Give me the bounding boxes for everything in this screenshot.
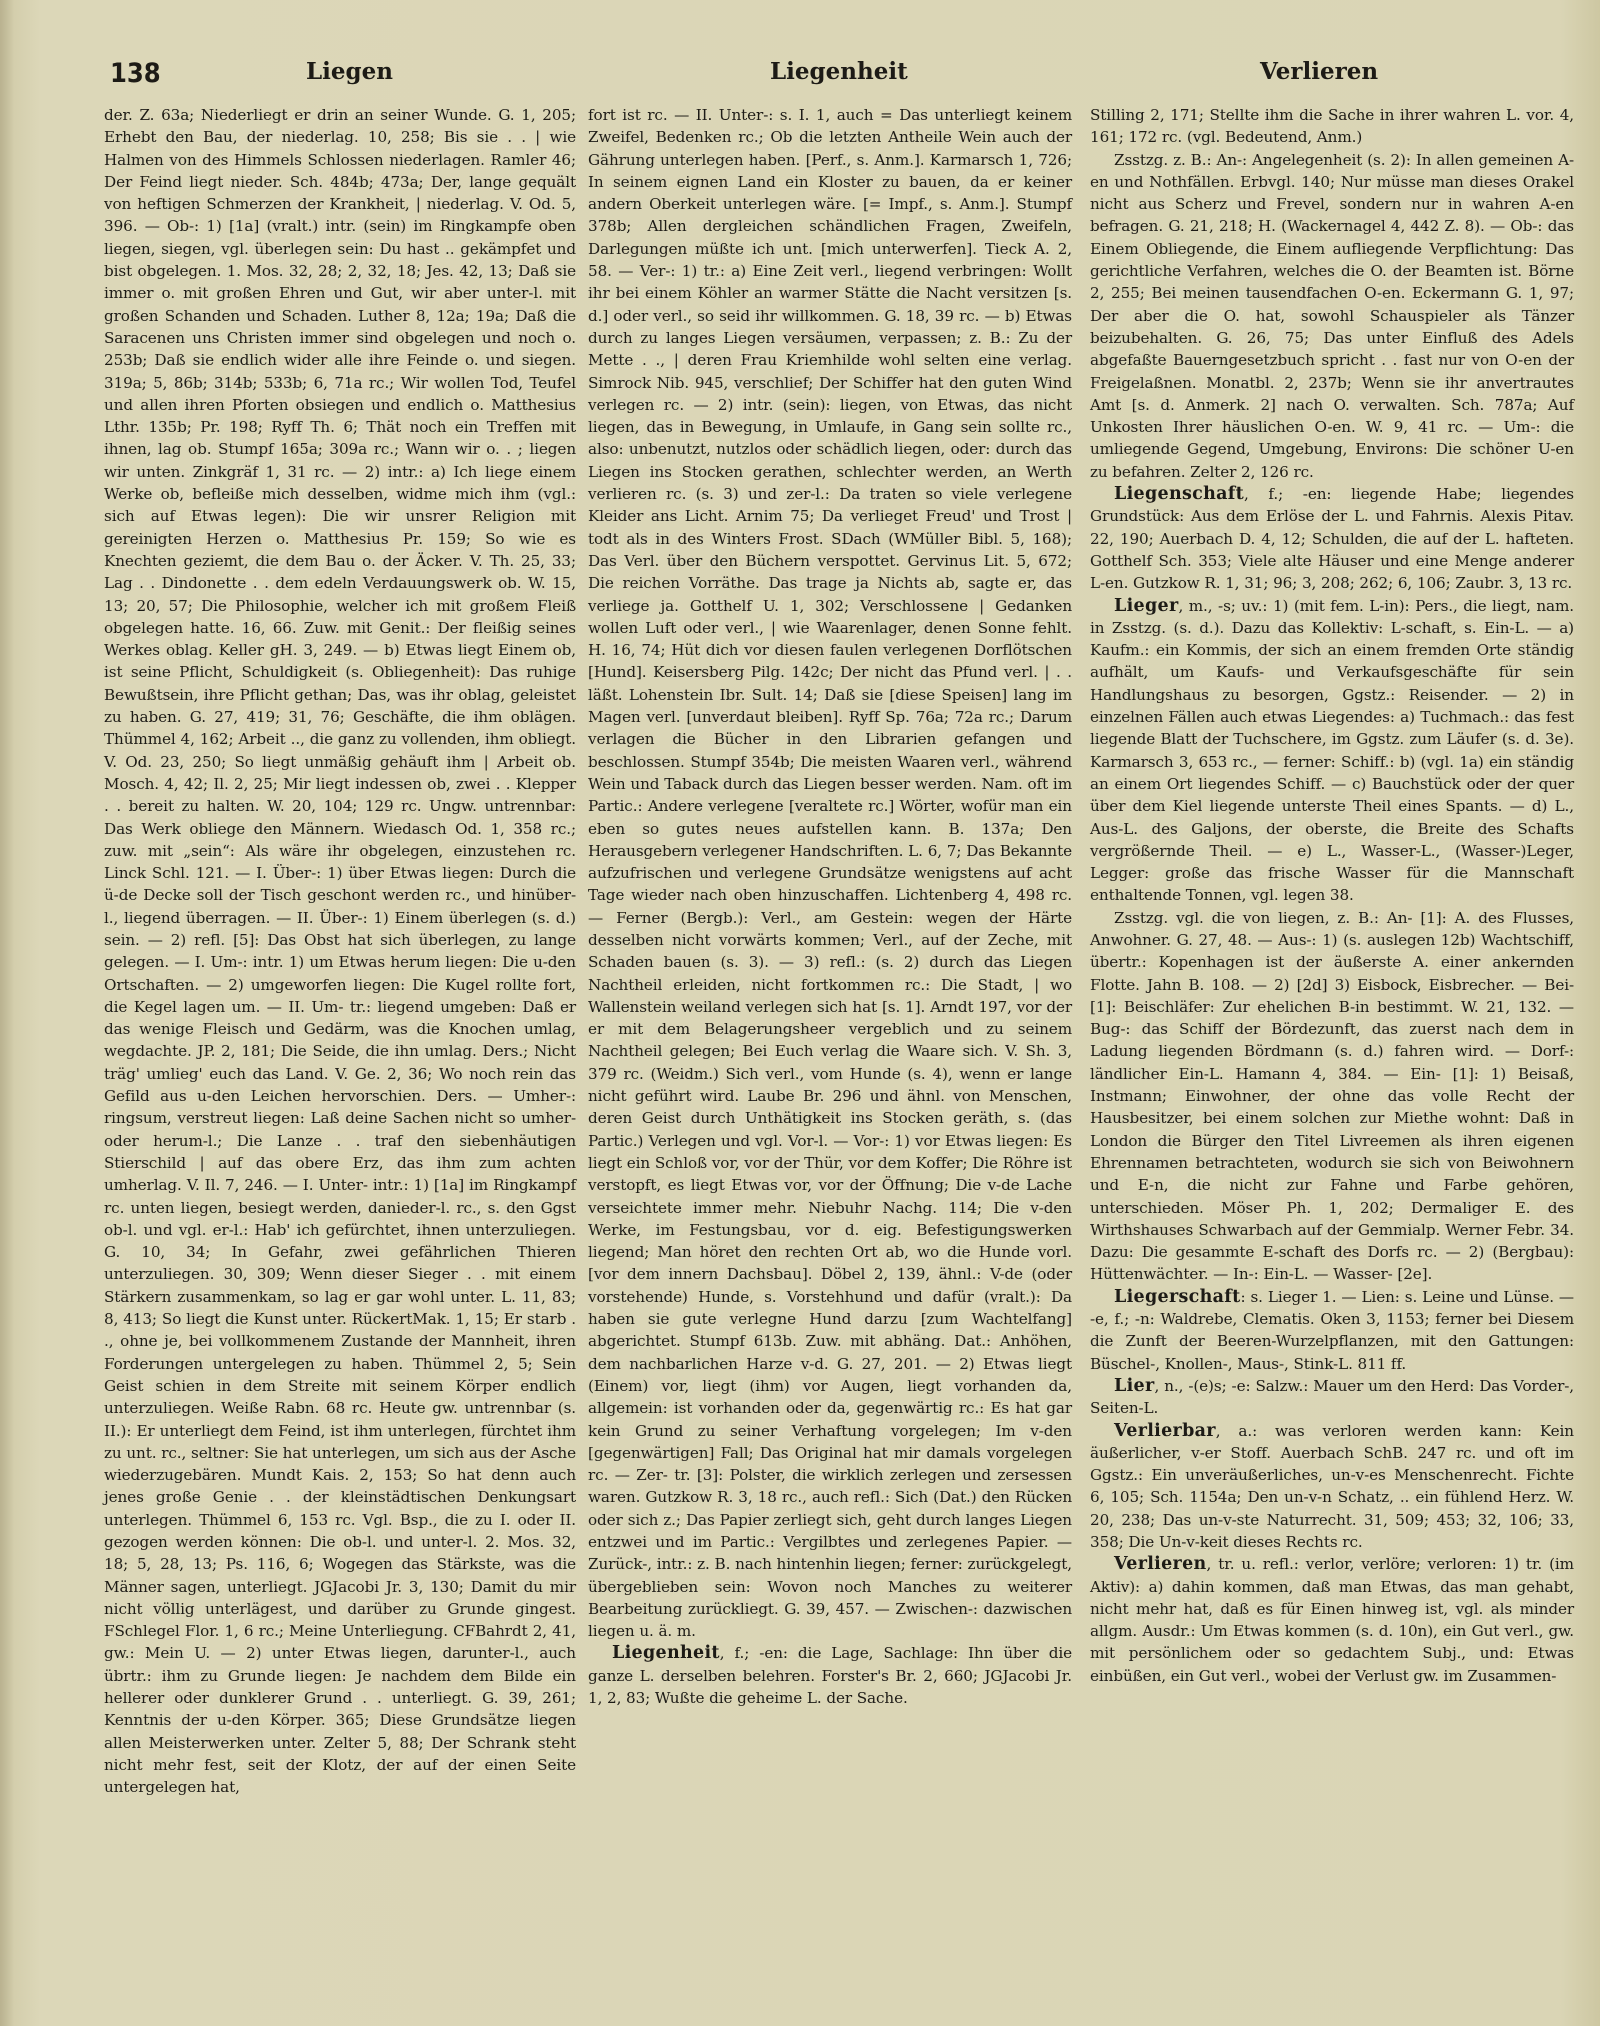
entry-continuation: der. Z. 63a; Niederliegt er drin an sein… [104,104,576,1799]
headword: Verlierbar [1114,1421,1216,1441]
compounds-paragraph: Zsstzg. vgl. die von liegen, z. B.: An- … [1090,907,1574,1286]
scan-edge-shadow [0,0,14,2026]
dictionary-entry: Lieger, m., -s; uv.: 1) (mit fem. L-in):… [1090,595,1574,907]
column-3: Stilling 2, 171; Stellte ihm die Sache i… [1090,104,1574,1687]
headword: Lier [1114,1376,1155,1396]
page-number: 138 [110,58,161,89]
left-catchword: Liegen [306,58,393,85]
compounds-paragraph: Zsstzg. z. B.: An-: Angelegenheit (s. 2)… [1090,149,1574,483]
entry-continuation: fort ist rc. — II. Unter-: s. I. 1, auch… [588,104,1072,1642]
right-catchword: Verlieren [1260,58,1378,85]
dictionary-entry: Liegenschaft, f.; -en: liegende Habe; li… [1090,483,1574,594]
headword: Liegenschaft [1114,484,1244,504]
dictionary-entry: Liegenheit, f.; -en: die Lage, Sachlage:… [588,1642,1072,1709]
entry-continuation: Stilling 2, 171; Stellte ihm die Sache i… [1090,104,1574,149]
dictionary-page: 138 Liegen Liegenheit Verlieren der. Z. … [0,0,1600,2026]
column-1: der. Z. 63a; Niederliegt er drin an sein… [104,104,576,1799]
column-2: fort ist rc. — II. Unter-: s. I. 1, auch… [588,104,1072,1709]
dictionary-entry: Verlierbar, a.: was verloren werden kann… [1090,1420,1574,1554]
headword: Liegerschaft [1114,1287,1240,1307]
headword: Liegenheit [612,1643,720,1663]
dictionary-entry: Liegerschaft: s. Lieger 1. — Lien: s. Le… [1090,1286,1574,1375]
dictionary-entry: Lier, n., -(e)s; -e: Salzw.: Mauer um de… [1090,1375,1574,1420]
entry-body: , n., -(e)s; -e: Salzw.: Mauer um den He… [1090,1377,1574,1417]
dictionary-entry: Verlieren, tr. u. refl.: verlor, verlöre… [1090,1553,1574,1687]
headword: Verlieren [1114,1554,1207,1574]
entry-body: , m., -s; uv.: 1) (mit fem. L-in): Pers.… [1090,597,1574,905]
center-catchword: Liegenheit [770,58,908,85]
entry-body: , tr. u. refl.: verlor, verlöre; verlore… [1090,1555,1574,1684]
running-header: 138 Liegen Liegenheit Verlieren [110,58,1570,98]
headword: Lieger [1114,596,1178,616]
